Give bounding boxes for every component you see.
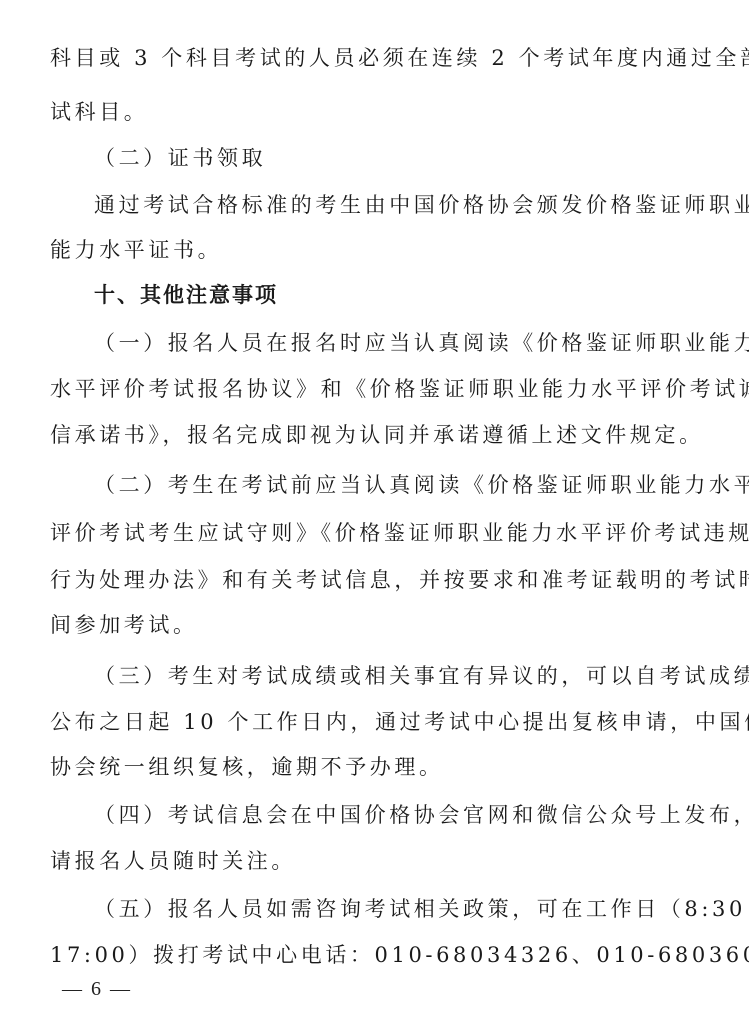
document-page: 科目或 3 个科目考试的人员必须在连续 2 个考试年度内通过全部应 试科目。 （…: [0, 0, 749, 1024]
text-line: 评价考试考生应试守则》《价格鉴证师职业能力水平评价考试违规: [50, 518, 690, 548]
text-line: 17:00）拨打考试中心电话：010-68034326、010-68036085…: [50, 940, 690, 970]
text-line: 行为处理办法》和有关考试信息，并按要求和准考证载明的考试时: [50, 565, 690, 595]
text-line: 请报名人员随时关注。: [50, 846, 690, 876]
subsection-heading: （二）证书领取: [94, 143, 734, 173]
text-line: 能力水平证书。: [50, 235, 690, 265]
text-line: （四）考试信息会在中国价格协会官网和微信公众号上发布，: [94, 800, 734, 830]
section-heading: 十、其他注意事项: [94, 280, 734, 310]
text-line: 协会统一组织复核，逾期不予办理。: [50, 752, 690, 782]
text-line: 通过考试合格标准的考生由中国价格协会颁发价格鉴证师职业: [94, 190, 734, 220]
text-line: 科目或 3 个科目考试的人员必须在连续 2 个考试年度内通过全部应: [50, 43, 690, 73]
text-line: （一）报名人员在报名时应当认真阅读《价格鉴证师职业能力: [94, 328, 734, 358]
text-line: （三）考生对考试成绩或相关事宜有异议的，可以自考试成绩: [94, 661, 734, 691]
text-line: 信承诺书》，报名完成即视为认同并承诺遵循上述文件规定。: [50, 420, 690, 450]
text-line: 水平评价考试报名协议》和《价格鉴证师职业能力水平评价考试诚: [50, 374, 690, 404]
text-line: 试科目。: [50, 97, 690, 127]
page-number: — 6 —: [62, 978, 132, 1001]
text-line: （五）报名人员如需咨询考试相关政策，可在工作日（8:30 至: [94, 894, 734, 924]
text-line: （二）考生在考试前应当认真阅读《价格鉴证师职业能力水平: [94, 470, 734, 500]
text-line: 间参加考试。: [50, 610, 690, 640]
text-line: 公布之日起 10 个工作日内，通过考试中心提出复核申请，中国价格: [50, 707, 690, 737]
